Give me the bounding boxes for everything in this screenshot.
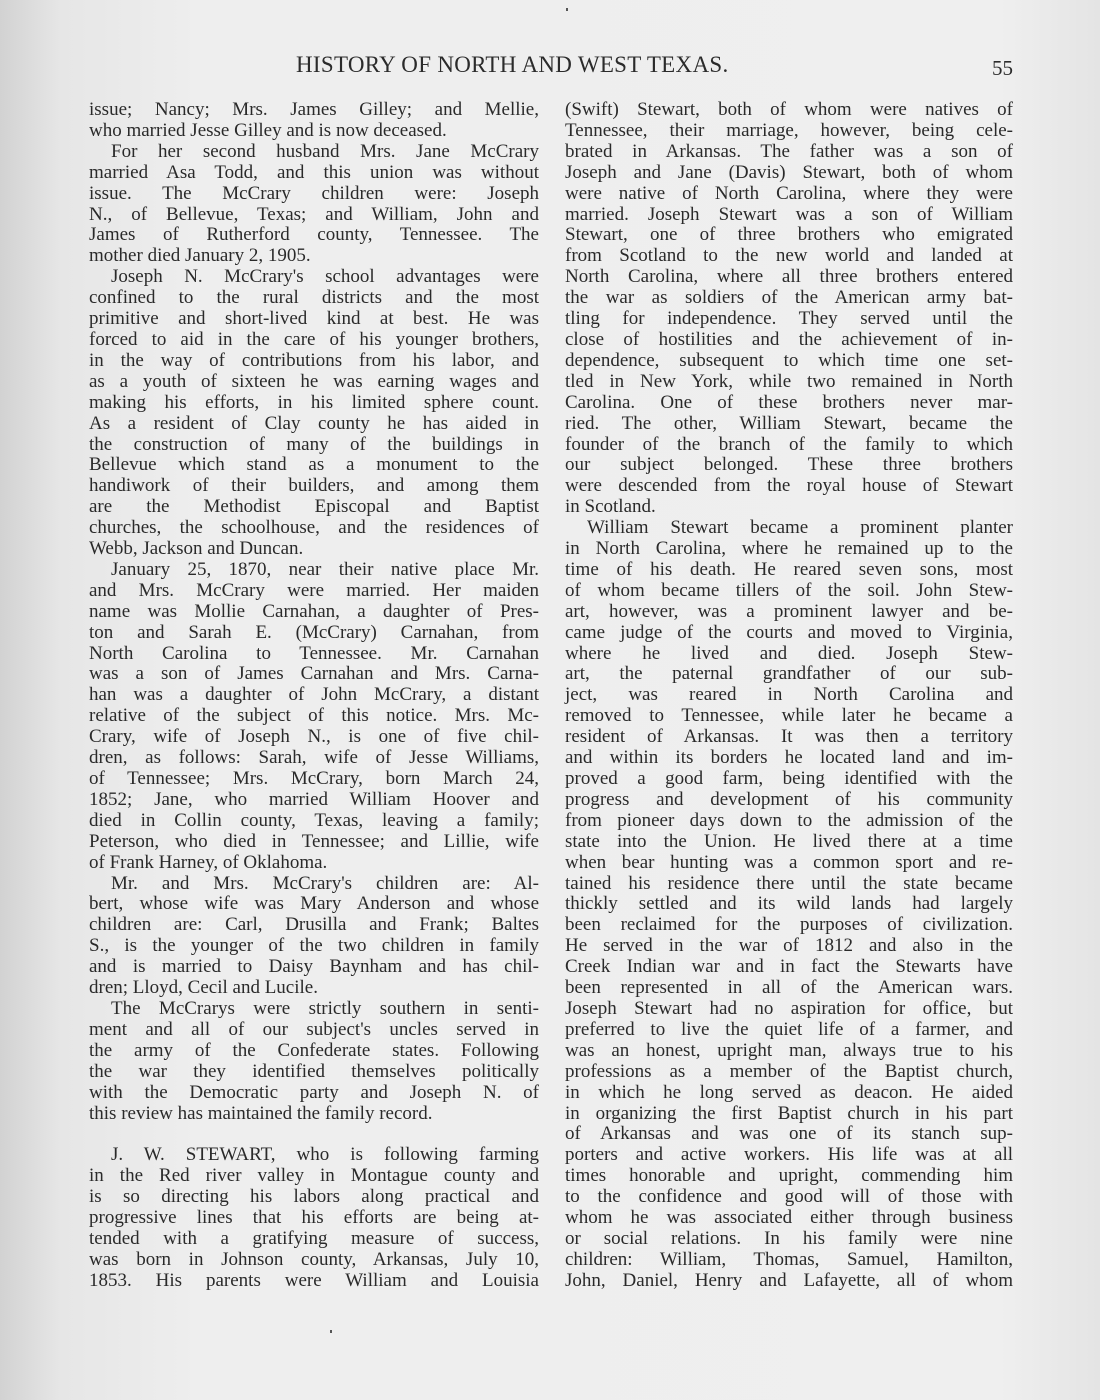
- text-line: North Carolina to Tennessee. Mr. Carnaha…: [89, 644, 539, 665]
- text-line: bert, whose wife was Mary Anderson and w…: [89, 894, 539, 915]
- text-line: the war as soldiers of the American army…: [565, 288, 1013, 309]
- text-line: in organizing the first Baptist church i…: [565, 1104, 1013, 1125]
- text-line: been reclaimed for the purposes of civil…: [565, 915, 1013, 936]
- paragraph-start-line: Mr. and Mrs. McCrary's children are: Al-: [89, 874, 539, 895]
- text-line: tling for independence. They served unti…: [565, 309, 1013, 330]
- text-line: preferred to live the quiet life of a fa…: [565, 1020, 1013, 1041]
- text-line: when bear hunting was a common sport and…: [565, 853, 1013, 874]
- text-line: where he lived and died. Joseph Stew-: [565, 644, 1013, 665]
- text-line: tled in New York, while two remained in …: [565, 372, 1013, 393]
- text-line: to the confidence and good will of those…: [565, 1187, 1013, 1208]
- text-line: founder of the branch of the family to w…: [565, 435, 1013, 456]
- paragraph-start-line: January 25, 1870, near their native plac…: [89, 560, 539, 581]
- text-line: art, the paternal grandfather of our sub…: [565, 664, 1013, 685]
- page-header: HISTORY OF NORTH AND WEST TEXAS. 55: [0, 50, 1100, 84]
- text-line: who married Jesse Gilley and is now dece…: [89, 121, 539, 142]
- text-line: the army of the Confederate states. Foll…: [89, 1041, 539, 1062]
- text-line: children: William, Thomas, Samuel, Hamil…: [565, 1250, 1013, 1271]
- text-line: children are: Carl, Drusilla and Frank; …: [89, 915, 539, 936]
- text-line: died in Collin county, Texas, leaving a …: [89, 811, 539, 832]
- text-line: whom he was associated either through bu…: [565, 1208, 1013, 1229]
- text-line: the construction of many of the building…: [89, 435, 539, 456]
- text-line: tained his residence there until the sta…: [565, 874, 1013, 895]
- text-line: and within its borders he located land a…: [565, 748, 1013, 769]
- text-line: times honorable and upright, commending …: [565, 1166, 1013, 1187]
- paragraph-start-line: The McCrarys were strictly southern in s…: [89, 999, 539, 1020]
- text-line: resident of Arkansas. It was then a terr…: [565, 727, 1013, 748]
- text-line: relative of the subject of this notice. …: [89, 706, 539, 727]
- text-line: in Scotland.: [565, 497, 1013, 518]
- text-line: the war they identified themselves polit…: [89, 1062, 539, 1083]
- text-line: dren, as follows: Sarah, wife of Jesse W…: [89, 748, 539, 769]
- text-line: been represented in all of the American …: [565, 978, 1013, 999]
- text-line: He served in the war of 1812 and also in…: [565, 936, 1013, 957]
- paper-speck: [566, 8, 568, 11]
- text-line: forced to aid in the care of his younger…: [89, 330, 539, 351]
- text-line: is so directing his labors along practic…: [89, 1187, 539, 1208]
- text-line: 1853. His parents were William and Louis…: [89, 1271, 539, 1292]
- text-line: handiwork of their builders, and among t…: [89, 476, 539, 497]
- text-line: married Asa Todd, and this union was wit…: [89, 163, 539, 184]
- page-number: 55: [992, 56, 1013, 81]
- text-line: from Scotland to the new world and lande…: [565, 246, 1013, 267]
- text-line: was born in Johnson county, Arkansas, Ju…: [89, 1250, 539, 1271]
- paragraph-start-line: Joseph N. McCrary's school advantages we…: [89, 267, 539, 288]
- text-line: are the Methodist Episcopal and Baptist: [89, 497, 539, 518]
- section-start-line: J. W. STEWART, who is following farming: [89, 1145, 539, 1166]
- text-line: state into the Union. He lived there at …: [565, 832, 1013, 853]
- running-title: HISTORY OF NORTH AND WEST TEXAS.: [296, 52, 729, 78]
- text-line: in the way of contributions from his lab…: [89, 351, 539, 372]
- text-line: and is married to Daisy Baynham and has …: [89, 957, 539, 978]
- text-line: of Arkansas and was one of its stanch su…: [565, 1124, 1013, 1145]
- text-line: S., is the younger of the two children i…: [89, 936, 539, 957]
- text-line: Creek Indian war and in fact the Stewart…: [565, 957, 1013, 978]
- text-line: this review has maintained the family re…: [89, 1104, 539, 1125]
- text-line: brated in Arkansas. The father was a son…: [565, 142, 1013, 163]
- text-line: dren; Lloyd, Cecil and Lucile.: [89, 978, 539, 999]
- text-line: progress and development of his communit…: [565, 790, 1013, 811]
- text-line: Joseph Stewart had no aspiration for off…: [565, 999, 1013, 1020]
- text-line: porters and active workers. His life was…: [565, 1145, 1013, 1166]
- text-line: mother died January 2, 1905.: [89, 246, 539, 267]
- paragraph-start-line: For her second husband Mrs. Jane McCrary: [89, 142, 539, 163]
- text-line: James of Rutherford county, Tennessee. T…: [89, 225, 539, 246]
- text-line: art, however, was a prominent lawyer and…: [565, 602, 1013, 623]
- text-line: in the Red river valley in Montague coun…: [89, 1166, 539, 1187]
- text-line: Crary, wife of Joseph N., is one of five…: [89, 727, 539, 748]
- left-column: issue; Nancy; Mrs. James Gilley; and Mel…: [89, 100, 539, 1292]
- text-line: time of his death. He reared seven sons,…: [565, 560, 1013, 581]
- text-line: our subject belonged. These three brothe…: [565, 455, 1013, 476]
- text-line: from pioneer days down to the admission …: [565, 811, 1013, 832]
- text-line: Carolina. One of these brothers never ma…: [565, 393, 1013, 414]
- text-line: ton and Sarah E. (McCrary) Carnahan, fro…: [89, 623, 539, 644]
- text-line: Webb, Jackson and Duncan.: [89, 539, 539, 560]
- text-line: primitive and short-lived kind at best. …: [89, 309, 539, 330]
- text-line: removed to Tennessee, while later he bec…: [565, 706, 1013, 727]
- text-line: and Mrs. McCrary were married. Her maide…: [89, 581, 539, 602]
- text-line: confined to the rural districts and the …: [89, 288, 539, 309]
- text-line: Bellevue which stand as a monument to th…: [89, 455, 539, 476]
- text-line: of Frank Harney, of Oklahoma.: [89, 853, 539, 874]
- text-line: in which he long served as deacon. He ai…: [565, 1083, 1013, 1104]
- text-line: Joseph and Jane (Davis) Stewart, both of…: [565, 163, 1013, 184]
- text-line: John, Daniel, Henry and Lafayette, all o…: [565, 1271, 1013, 1292]
- text-line: churches, the schoolhouse, and the resid…: [89, 518, 539, 539]
- text-line: professions as a member of the Baptist c…: [565, 1062, 1013, 1083]
- text-line: with the Democratic party and Joseph N. …: [89, 1083, 539, 1104]
- text-line: proved a good farm, being identified wit…: [565, 769, 1013, 790]
- text-line: dependence, subsequent to which time one…: [565, 351, 1013, 372]
- text-line: were native of North Carolina, where the…: [565, 184, 1013, 205]
- text-line: North Carolina, where all three brothers…: [565, 267, 1013, 288]
- text-line: in North Carolina, where he remained up …: [565, 539, 1013, 560]
- text-line: han was a daughter of John McCrary, a di…: [89, 685, 539, 706]
- text-line: of Tennessee; Mrs. McCrary, born March 2…: [89, 769, 539, 790]
- text-line: ried. The other, William Stewart, became…: [565, 414, 1013, 435]
- right-column: (Swift) Stewart, both of whom were nativ…: [565, 100, 1013, 1292]
- text-line: tended with a gratifying measure of succ…: [89, 1229, 539, 1250]
- text-line: issue; Nancy; Mrs. James Gilley; and Mel…: [89, 100, 539, 121]
- text-line: as a youth of sixteen he was earning wag…: [89, 372, 539, 393]
- text-line: were descended from the royal house of S…: [565, 476, 1013, 497]
- text-line: issue. The McCrary children were: Joseph: [89, 184, 539, 205]
- text-line: married. Joseph Stewart was a son of Wil…: [565, 205, 1013, 226]
- text-line: came judge of the courts and moved to Vi…: [565, 623, 1013, 644]
- text-line: was a son of James Carnahan and Mrs. Car…: [89, 664, 539, 685]
- text-line: thickly settled and its wild lands had l…: [565, 894, 1013, 915]
- text-line: As a resident of Clay county he has aide…: [89, 414, 539, 435]
- text-line: name was Mollie Carnahan, a daughter of …: [89, 602, 539, 623]
- text-line: (Swift) Stewart, both of whom were nativ…: [565, 100, 1013, 121]
- text-line: close of hostilities and the achievement…: [565, 330, 1013, 351]
- paper-speck: [330, 1330, 332, 1333]
- text-line: 1852; Jane, who married William Hoover a…: [89, 790, 539, 811]
- text-line: Peterson, who died in Tennessee; and Lil…: [89, 832, 539, 853]
- text-line: ment and all of our subject's uncles ser…: [89, 1020, 539, 1041]
- paragraph-start-line: William Stewart became a prominent plant…: [565, 518, 1013, 539]
- text-line: Stewart, one of three brothers who emigr…: [565, 225, 1013, 246]
- text-line: ject, was reared in North Carolina and: [565, 685, 1013, 706]
- text-line: making his efforts, in his limited spher…: [89, 393, 539, 414]
- text-line: or social relations. In his family were …: [565, 1229, 1013, 1250]
- text-line: was an honest, upright man, always true …: [565, 1041, 1013, 1062]
- text-line: of whom became tillers of the soil. John…: [565, 581, 1013, 602]
- text-line: progressive lines that his efforts are b…: [89, 1208, 539, 1229]
- text-line: Tennessee, their marriage, however, bein…: [565, 121, 1013, 142]
- text-line: N., of Bellevue, Texas; and William, Joh…: [89, 205, 539, 226]
